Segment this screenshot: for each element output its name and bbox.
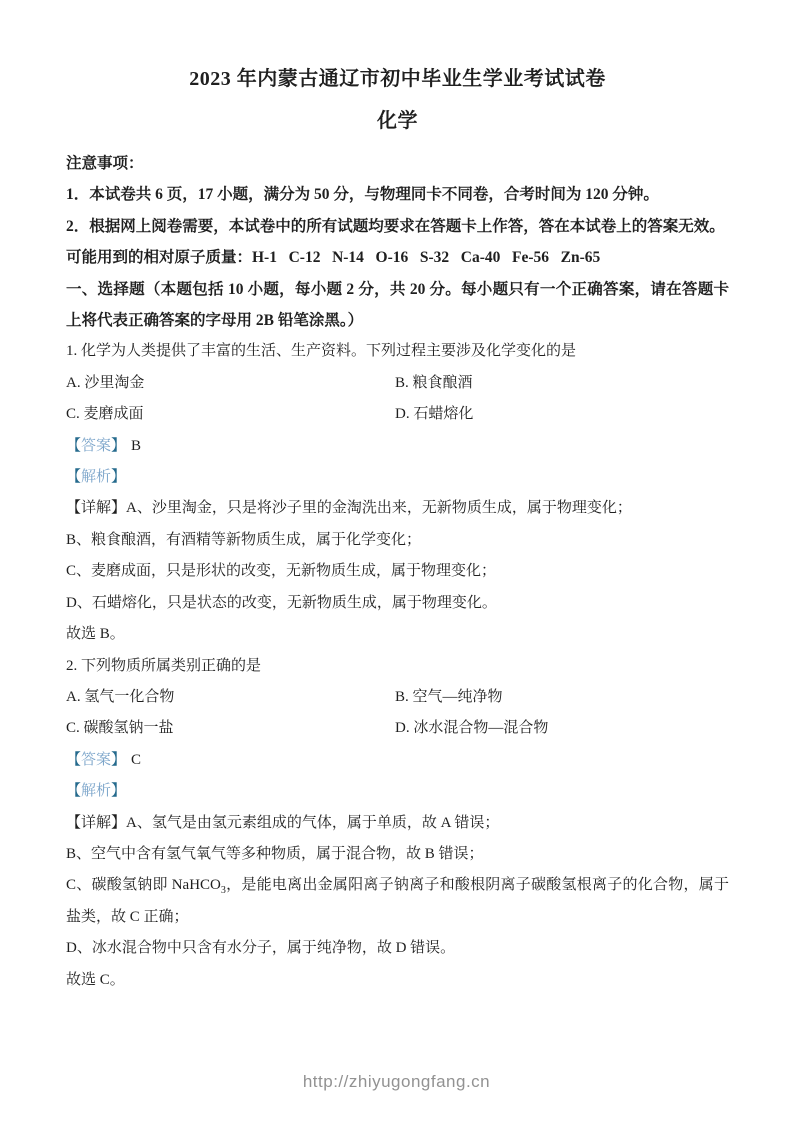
question-2-detail-c: C、碳酸氢钠即 NaHCO3，是能电离出金属阳离子钠离子和酸根阴离子碳酸氢根离子…: [66, 870, 729, 933]
question-2-stem: 2. 下列物质所属类别正确的是: [66, 651, 729, 682]
question-block-2: 2. 下列物质所属类别正确的是 A. 氢气一化合物 B. 空气—纯净物 C. 碳…: [66, 651, 729, 996]
question-1-option-a: A. 沙里淘金: [66, 368, 395, 399]
question-1-option-d: D. 石蜡熔化: [395, 399, 729, 430]
analysis-label: 解析: [81, 783, 111, 799]
question-1-options-row-ab: A. 沙里淘金 B. 粮食酿酒: [66, 368, 729, 399]
question-2-answer-line: 【答案】C: [66, 745, 729, 776]
question-1-analysis-line: 【解析】: [66, 462, 729, 493]
question-1-detail-b: B、粮食酿酒，有酒精等新物质生成，属于化学变化；: [66, 525, 729, 556]
question-1-detail-a: 【详解】A、沙里淘金，只是将沙子里的金淘洗出来，无新物质生成，属于物理变化；: [66, 493, 729, 524]
analysis-label: 解析: [81, 469, 111, 485]
question-2-detail-b: B、空气中含有氢气氧气等多种物质，属于混合物，故 B 错误；: [66, 839, 729, 870]
question-1-answer-value: B: [131, 438, 141, 454]
question-1-option-b: B. 粮食酿酒: [395, 368, 729, 399]
question-2-options-row-cd: C. 碳酸氢钠一盐 D. 冰水混合物—混合物: [66, 713, 729, 744]
question-1-options-row-cd: C. 麦磨成面 D. 石蜡熔化: [66, 399, 729, 430]
answer-bracket-open: 【: [66, 438, 81, 454]
notice-item-1: 1．本试卷共 6 页，17 小题，满分为 50 分，与物理同卡不同卷，合考时间为…: [66, 179, 729, 210]
answer-label: 答案: [81, 752, 111, 768]
question-2-detail-d: D、冰水混合物中只含有水分子，属于纯净物，故 D 错误。: [66, 933, 729, 964]
question-2-option-d: D. 冰水混合物—混合物: [395, 713, 729, 744]
answer-bracket-close: 】: [111, 752, 126, 768]
question-1-answer-line: 【答案】B: [66, 431, 729, 462]
page-content: 2023 年内蒙古通辽市初中毕业生学业考试试卷 化学 注意事项： 1．本试卷共 …: [0, 0, 793, 996]
question-1-detail-c: C、麦磨成面，只是形状的改变，无新物质生成，属于物理变化；: [66, 556, 729, 587]
question-2-conclusion: 故选 C。: [66, 965, 729, 996]
question-1-stem: 1. 化学为人类提供了丰富的生活、生产资料。下列过程主要涉及化学变化的是: [66, 336, 729, 367]
notice-heading: 注意事项：: [66, 148, 729, 179]
exam-title: 2023 年内蒙古通辽市初中毕业生学业考试试卷: [66, 64, 729, 94]
question-2-analysis-line: 【解析】: [66, 776, 729, 807]
question-2-detail-a: 【详解】A、氢气是由氢元素组成的气体，属于单质，故 A 错误；: [66, 808, 729, 839]
answer-bracket-close: 】: [111, 438, 126, 454]
analysis-bracket-close: 】: [111, 469, 126, 485]
question-2-option-c: C. 碳酸氢钠一盐: [66, 713, 395, 744]
notice-item-2: 2．根据网上阅卷需要，本试卷中的所有试题均要求在答题卡上作答，答在本试卷上的答案…: [66, 211, 729, 242]
analysis-bracket-open: 【: [66, 783, 81, 799]
question-block-1: 1. 化学为人类提供了丰富的生活、生产资料。下列过程主要涉及化学变化的是 A. …: [66, 336, 729, 650]
question-1-detail-d: D、石蜡熔化，只是状态的改变，无新物质生成，属于物理变化。: [66, 588, 729, 619]
analysis-bracket-close: 】: [111, 783, 126, 799]
analysis-bracket-open: 【: [66, 469, 81, 485]
question-2-option-a: A. 氢气一化合物: [66, 682, 395, 713]
answer-label: 答案: [81, 438, 111, 454]
subject-title: 化学: [66, 106, 729, 136]
question-2-options-row-ab: A. 氢气一化合物 B. 空气—纯净物: [66, 682, 729, 713]
question-2-answer-value: C: [131, 752, 141, 768]
exam-paper-page: 2023 年内蒙古通辽市初中毕业生学业考试试卷 化学 注意事项： 1．本试卷共 …: [0, 0, 793, 1122]
answer-bracket-open: 【: [66, 752, 81, 768]
question-1-option-c: C. 麦磨成面: [66, 399, 395, 430]
section-heading: 一、选择题（本题包括 10 小题，每小题 2 分，共 20 分。每小题只有一个正…: [66, 274, 729, 337]
atomic-mass-line: 可能用到的相对原子质量：H-1 C-12 N-14 O-16 S-32 Ca-4…: [66, 242, 729, 273]
question-1-conclusion: 故选 B。: [66, 619, 729, 650]
question-2-option-b: B. 空气—纯净物: [395, 682, 729, 713]
watermark-url: http://zhiyugongfang.cn: [0, 1072, 793, 1092]
detail-c-text-before-formula: C、碳酸氢钠即 NaHCO: [66, 877, 221, 893]
